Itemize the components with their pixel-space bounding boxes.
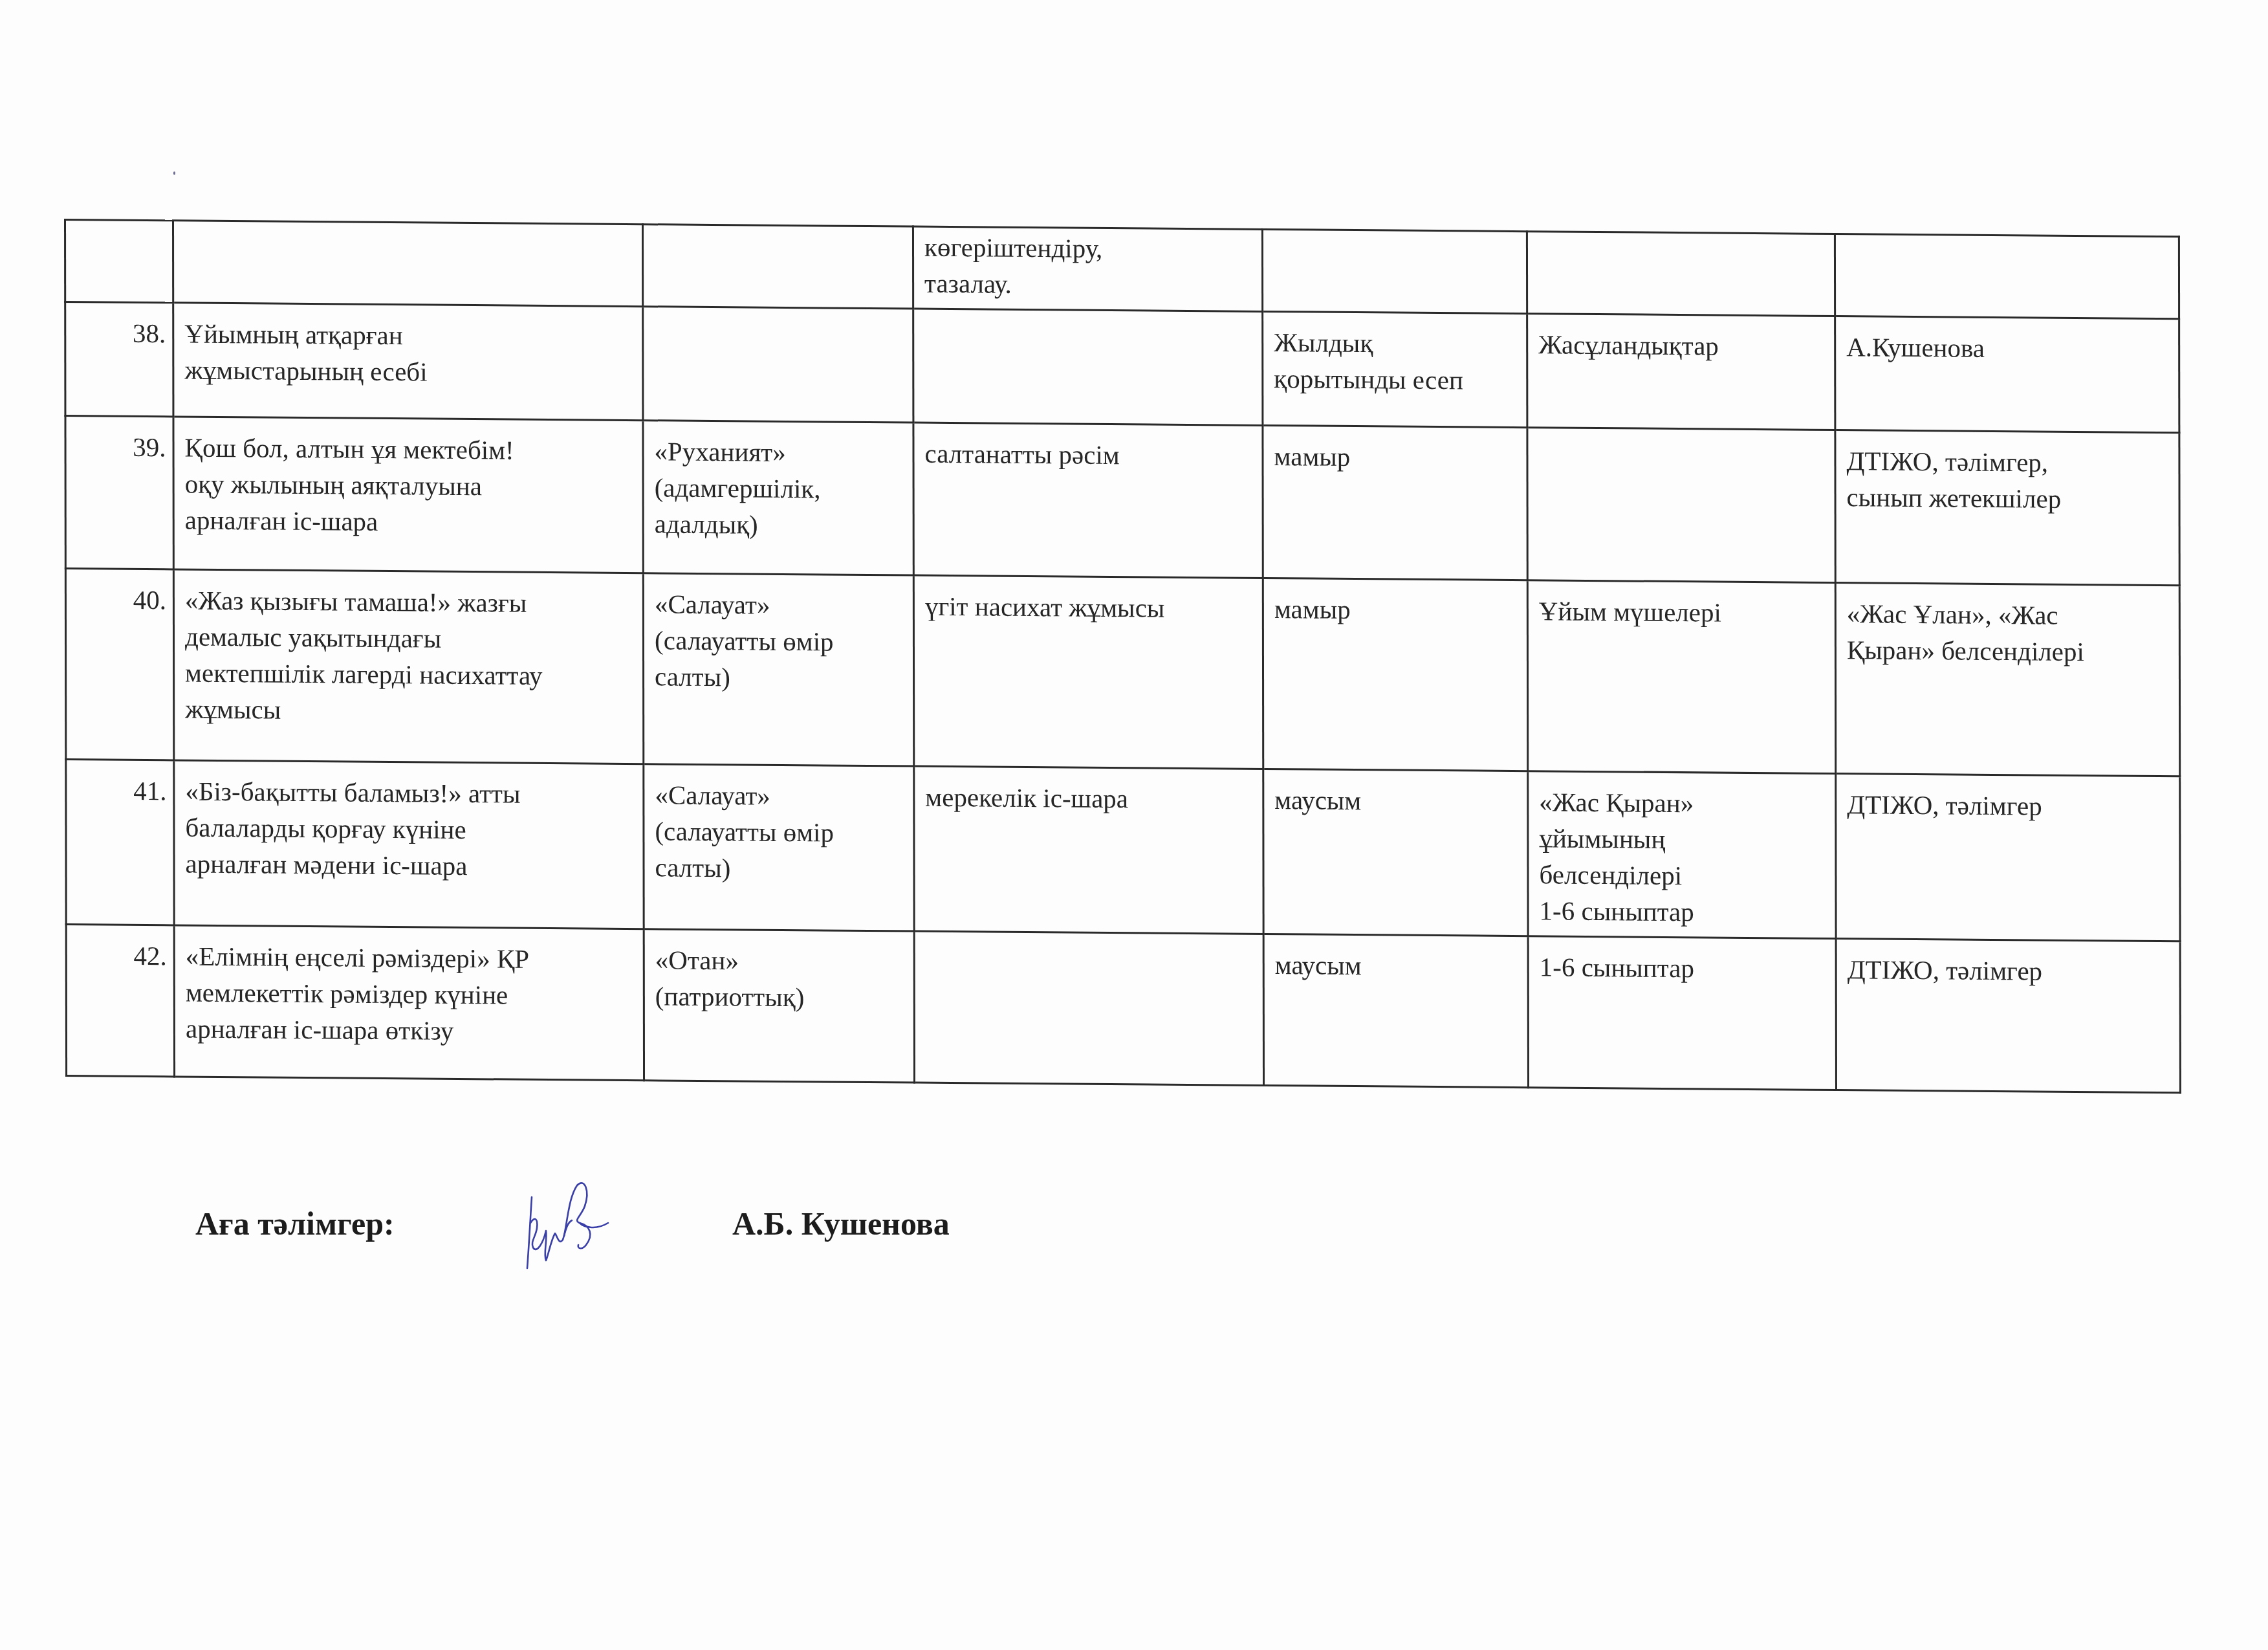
direction-text: «Руханият»	[654, 433, 903, 471]
responsible-text: А.Кушенова	[1846, 329, 2169, 368]
participants-text: Ұйым мүшелері	[1539, 593, 1826, 632]
responsible-text: ДТІЖО, тәлімгер	[1848, 951, 2170, 990]
scan-speck	[173, 171, 175, 175]
row-number-cell	[65, 220, 173, 303]
event-text: мектепшілік лагерді насихаттау	[185, 655, 633, 695]
table-row: 42.«Елімнің еңселі рәміздері» ҚРмемлекет…	[66, 925, 2180, 1093]
table-row: 39.Қош бол, алтын ұя мектебім!оқу жылыны…	[65, 416, 2179, 586]
responsible-text: сынып жетекшілер	[1847, 479, 2170, 518]
participants-cell	[1527, 232, 1835, 316]
direction-text: салты)	[655, 849, 904, 887]
direction-text: салты)	[655, 658, 904, 696]
plan-table: көгеріштендіру,тазалау.38.Ұйымның атқарғ…	[64, 219, 2181, 1094]
event-text: жұмысы	[185, 691, 633, 731]
date-text: маусым	[1275, 947, 1518, 985]
signer-name: А.Б. Кушенова	[732, 1205, 950, 1242]
form-cell: көгеріштендіру,тазалау.	[913, 226, 1262, 311]
scanned-page: көгеріштендіру,тазалау.38.Ұйымның атқарғ…	[0, 0, 2268, 1650]
responsible-text: «Жас Ұлан», «Жас	[1847, 595, 2170, 634]
event-text: арналған іс-шара өткізу	[186, 1011, 634, 1051]
date-cell: мамыр	[1263, 425, 1527, 580]
responsible-cell: ДТІЖО, тәлімгер,сынып жетекшілер	[1835, 430, 2179, 585]
date-cell: маусым	[1263, 769, 1528, 936]
date-cell: Жылдыққорытынды есеп	[1263, 311, 1527, 427]
direction-text: (салауатты өмір	[655, 813, 904, 851]
direction-cell: «Руханият»(адамгершілік,адалдық)	[643, 421, 913, 575]
event-text: Қош бол, алтын ұя мектебім!	[185, 430, 633, 470]
table-row: 40.«Жаз қызығы тамаша!» жазғыдемалыс уақ…	[65, 569, 2179, 776]
row-number-cell: 39.	[65, 416, 173, 569]
direction-cell	[642, 225, 913, 309]
plan-table-wrapper: көгеріштендіру,тазалау.38.Ұйымның атқарғ…	[64, 219, 2179, 1094]
form-text: үгіт насихат жұмысы	[925, 588, 1253, 627]
direction-cell: «Салауат»(салауатты өмірсалты)	[644, 764, 914, 931]
direction-text: (адамгершілік,	[655, 469, 904, 507]
direction-text: (салауатты өмір	[655, 622, 904, 660]
responsible-cell	[1835, 234, 2179, 318]
event-cell: «Елімнің еңселі рәміздері» ҚРмемлекеттік…	[174, 925, 644, 1081]
form-cell: салтанатты рәсім	[913, 423, 1263, 578]
event-cell: «Жаз қызығы тамаша!» жазғыдемалыс уақыты…	[173, 569, 643, 764]
event-text: «Біз-бақытты баламыз!» атты	[185, 773, 633, 813]
participants-text: 1-6 сыныптар	[1540, 949, 1826, 987]
direction-text: «Салауат»	[655, 586, 904, 624]
direction-text: (патриоттық)	[655, 978, 904, 1016]
event-text: оқу жылының аяқталуына	[185, 466, 633, 506]
event-cell: Ұйымның атқарғанжұмыстарының есебі	[173, 303, 643, 421]
event-text: «Жаз қызығы тамаша!» жазғы	[185, 582, 633, 622]
table-row: 38.Ұйымның атқарғанжұмыстарының есебіЖыл…	[65, 302, 2179, 433]
event-cell: «Біз-бақытты баламыз!» аттыбалаларды қор…	[174, 760, 644, 929]
plan-table-body: көгеріштендіру,тазалау.38.Ұйымның атқарғ…	[65, 220, 2181, 1093]
form-text: мерекелік іс-шара	[925, 779, 1253, 818]
event-text: арналған мәдени іс-шара	[186, 846, 634, 886]
participants-text: Жасұландықтар	[1538, 326, 1825, 365]
event-text: мемлекеттік рәміздер күніне	[186, 974, 634, 1015]
direction-text: адалдық)	[655, 505, 904, 544]
form-text: көгеріштендіру,	[924, 229, 1252, 268]
event-text: демалыс уақытындағы	[185, 619, 633, 659]
date-text: маусым	[1274, 782, 1518, 820]
date-cell	[1262, 229, 1527, 313]
event-text: жұмыстарының есебі	[184, 352, 633, 392]
signature-icon	[518, 1178, 647, 1275]
row-number-cell: 38.	[65, 302, 173, 417]
event-cell: Қош бол, алтын ұя мектебім!оқу жылының а…	[173, 417, 643, 573]
signer-role: Аға тәлімгер:	[195, 1205, 395, 1242]
date-text: мамыр	[1274, 591, 1518, 629]
participants-text: 1-6 сыныптар	[1540, 892, 1826, 931]
direction-cell: «Салауат»(салауатты өмірсалты)	[643, 573, 913, 766]
date-text: мамыр	[1274, 438, 1517, 476]
table-row: 41.«Біз-бақытты баламыз!» аттыбалаларды …	[66, 760, 2180, 941]
signature-block: Аға тәлімгер: А.Б. Кушенова	[194, 1178, 1100, 1275]
form-cell: мерекелік іс-шара	[914, 766, 1263, 934]
participants-cell	[1527, 428, 1835, 583]
date-cell: маусым	[1263, 934, 1528, 1087]
form-cell: үгіт насихат жұмысы	[913, 575, 1263, 769]
date-cell: мамыр	[1263, 578, 1527, 771]
date-text: Жылдық	[1274, 324, 1517, 362]
participants-cell: 1-6 сыныптар	[1528, 936, 1836, 1090]
event-text: балаларды қорғау күніне	[185, 809, 633, 850]
participants-text: «Жас Қыран»	[1539, 784, 1826, 822]
event-text: «Елімнің еңселі рәміздері» ҚР	[186, 938, 634, 978]
form-cell	[913, 309, 1263, 425]
direction-text: «Отан»	[655, 941, 904, 980]
direction-cell	[643, 307, 913, 423]
direction-cell: «Отан»(патриоттық)	[644, 929, 914, 1083]
row-number-cell: 41.	[66, 760, 174, 925]
form-text: салтанатты рәсім	[924, 435, 1252, 474]
form-cell	[914, 931, 1263, 1085]
responsible-text: ДТІЖО, тәлімгер	[1847, 786, 2170, 825]
event-text: Ұйымның атқарған	[184, 315, 633, 355]
direction-text: «Салауат»	[655, 776, 904, 815]
participants-cell: Жасұландықтар	[1527, 314, 1835, 430]
date-text: қорытынды есеп	[1274, 360, 1517, 399]
form-text: тазалау.	[924, 265, 1252, 304]
participants-text: белсенділері	[1539, 856, 1826, 895]
responsible-cell: «Жас Ұлан», «ЖасҚыран» белсенділері	[1835, 583, 2179, 776]
participants-cell: «Жас Қыран»ұйымыныңбелсенділері 1-6 сыны…	[1528, 771, 1836, 939]
participants-cell: Ұйым мүшелері	[1527, 580, 1835, 774]
row-number-cell: 42.	[66, 925, 174, 1077]
event-cell	[173, 221, 642, 307]
responsible-cell: А.Кушенова	[1835, 316, 2179, 432]
responsible-cell: ДТІЖО, тәлімгер	[1836, 774, 2180, 941]
row-number-cell: 40.	[65, 569, 173, 760]
responsible-cell: ДТІЖО, тәлімгер	[1836, 939, 2180, 1093]
participants-text: ұйымының	[1539, 820, 1826, 859]
event-text: арналған іс-шара	[185, 502, 633, 542]
responsible-text: Қыран» белсенділері	[1847, 632, 2170, 670]
responsible-text: ДТІЖО, тәлімгер,	[1846, 443, 2169, 481]
